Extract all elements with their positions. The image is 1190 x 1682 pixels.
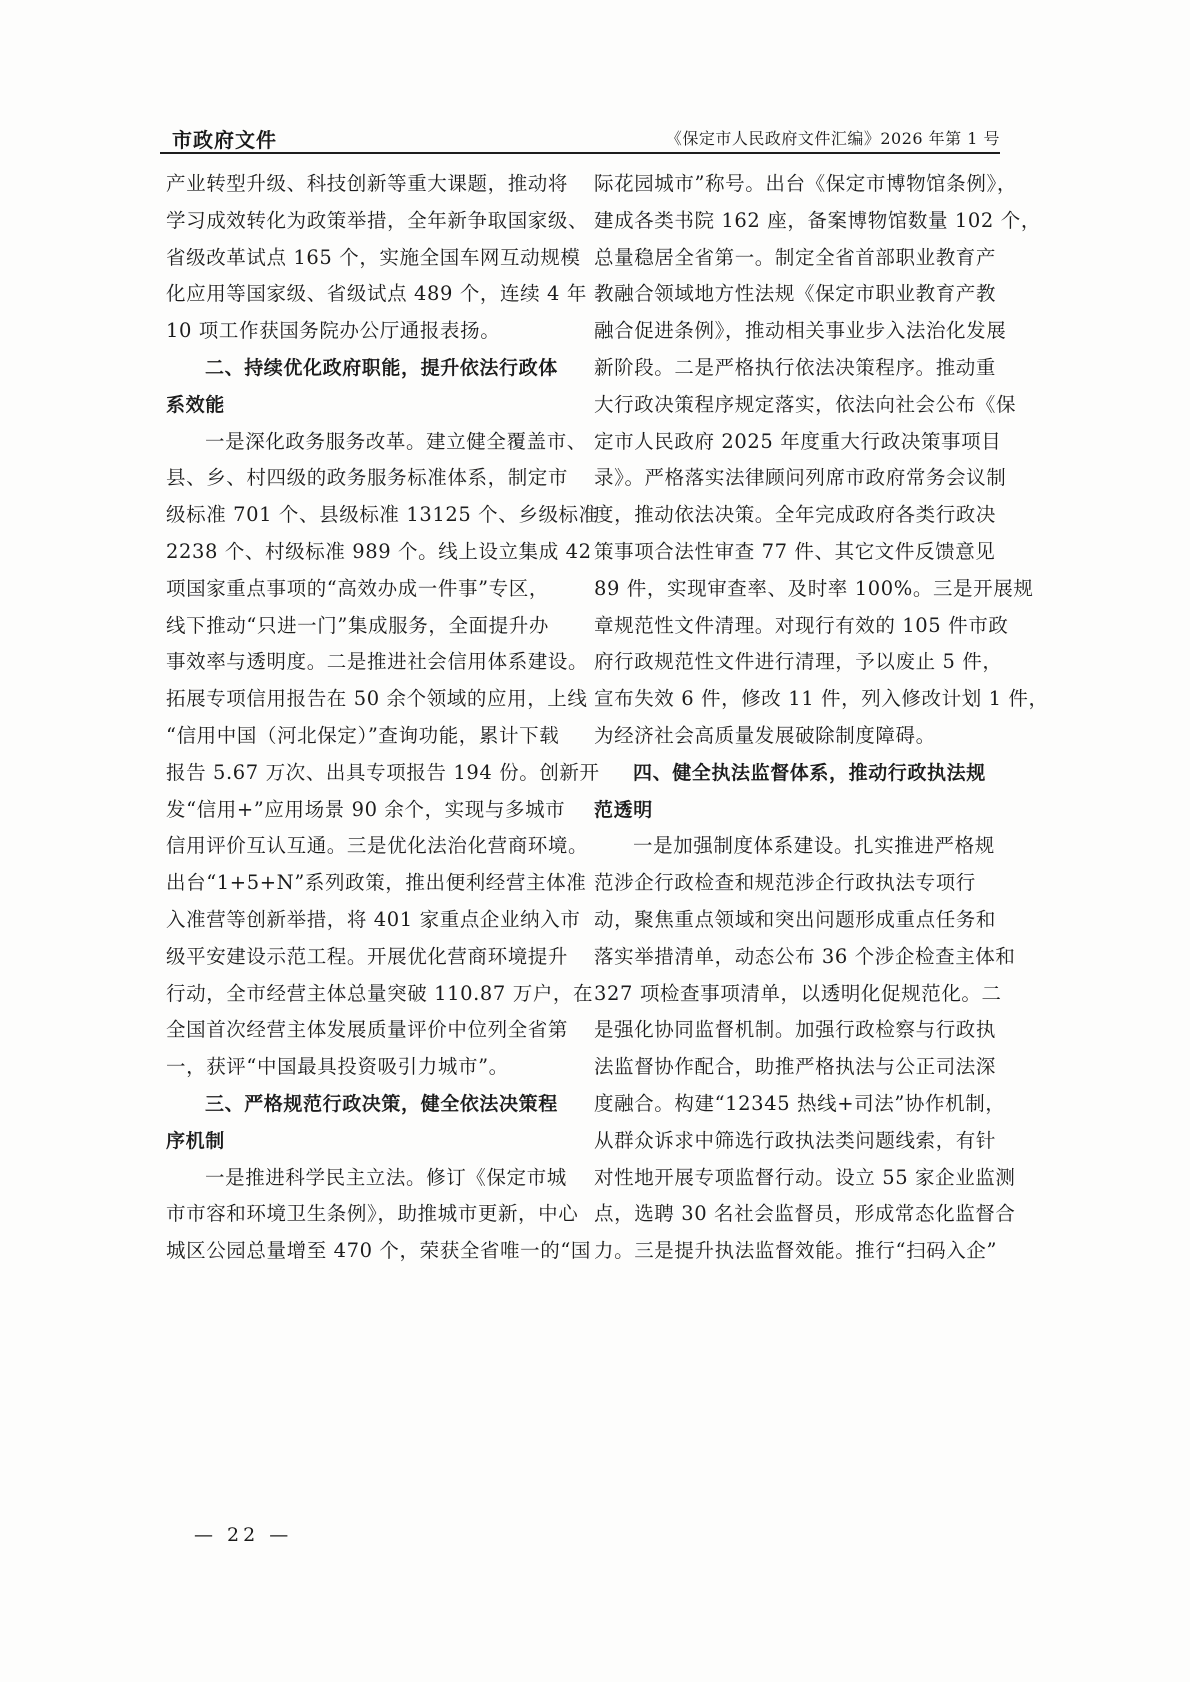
text-line: 总量稳居全省第一。制定全省首部职业教育产	[594, 240, 990, 277]
text-line: 2238 个、村级标准 989 个。线上设立集成 42	[166, 534, 564, 571]
section-heading-line: 序机制	[166, 1123, 564, 1160]
text-line: 县、乡、村四级的政务服务标准体系，制定市	[166, 460, 564, 497]
section-heading-line: 范透明	[594, 792, 990, 829]
text-line: 是强化协同监督机制。加强行政检察与行政执	[594, 1012, 990, 1049]
left-column: 产业转型升级、科技创新等重大课题，推动将学习成效转化为政策举措，全年新争取国家级…	[166, 166, 564, 1270]
text-line: 大行政决策程序规定落实，依法向社会公布《保	[594, 387, 990, 424]
text-line: 级平安建设示范工程。开展优化营商环境提升	[166, 939, 564, 976]
text-line: 融合促进条例》，推动相关事业步入法治化发展	[594, 313, 990, 350]
text-line: 度融合。构建“12345 热线+司法”协作机制，	[594, 1086, 990, 1123]
text-line: 事效率与透明度。二是推进社会信用体系建设。	[166, 644, 564, 681]
paragraph-first-line: 一是加强制度体系建设。扎实推进严格规	[594, 828, 990, 865]
text-line: 线下推动“只进一门”集成服务，全面提升办	[166, 608, 564, 645]
paragraph-first-line: 一是推进科学民主立法。修订《保定市城	[166, 1160, 564, 1197]
text-line: 动，聚焦重点领域和突出问题形成重点任务和	[594, 902, 990, 939]
text-line: 入准营等创新举措，将 401 家重点企业纳入市	[166, 902, 564, 939]
text-line: 范涉企行政检查和规范涉企行政执法专项行	[594, 865, 990, 902]
text-line: 10 项工作获国务院办公厅通报表扬。	[166, 313, 564, 350]
section-heading-line: 二、持续优化政府职能，提升依法行政体	[166, 350, 564, 387]
text-line: 建成各类书院 162 座，备案博物馆数量 102 个，	[594, 203, 990, 240]
text-line: 策事项合法性审查 77 件、其它文件反馈意见	[594, 534, 990, 571]
text-line: 化应用等国家级、省级试点 489 个，连续 4 年	[166, 276, 564, 313]
text-line: 行动，全市经营主体总量突破 110.87 万户，在	[166, 976, 564, 1013]
text-line: 宣布失效 6 件，修改 11 件，列入修改计划 1 件，	[594, 681, 990, 718]
text-line: 落实举措清单，动态公布 36 个涉企检查主体和	[594, 939, 990, 976]
text-line: 级标准 701 个、县级标准 13125 个、乡级标准	[166, 497, 564, 534]
text-line: 教融合领域地方性法规《保定市职业教育产教	[594, 276, 990, 313]
text-line: 新阶段。二是严格执行依法决策程序。推动重	[594, 350, 990, 387]
text-line: 信用评价互认互通。三是优化法治化营商环境。	[166, 828, 564, 865]
page-header: 市政府文件 《保定市人民政府文件汇编》2026 年第 1 号	[168, 118, 1000, 148]
text-line: 市市容和环境卫生条例》，助推城市更新，中心	[166, 1196, 564, 1233]
document-page: 市政府文件 《保定市人民政府文件汇编》2026 年第 1 号 产业转型升级、科技…	[0, 0, 1190, 1682]
text-line: 定市人民政府 2025 年度重大行政决策事项目	[594, 424, 990, 461]
section-label: 市政府文件	[172, 124, 277, 153]
text-line: 点，选聘 30 名社会监督员，形成常态化监督合	[594, 1196, 990, 1233]
text-line: 法监督协作配合，助推严格执法与公正司法深	[594, 1049, 990, 1086]
text-line: “信用中国（河北保定）”查询功能，累计下载	[166, 718, 564, 755]
text-line: 城区公园总量增至 470 个，荣获全省唯一的“国	[166, 1233, 564, 1270]
header-divider	[160, 152, 1000, 154]
text-line: 为经济社会高质量发展破除制度障碍。	[594, 718, 990, 755]
text-line: 报告 5.67 万次、出具专项报告 194 份。创新开	[166, 755, 564, 792]
text-line: 际花园城市”称号。出台《保定市博物馆条例》，	[594, 166, 990, 203]
text-line: 从群众诉求中筛选行政执法类问题线索，有针	[594, 1123, 990, 1160]
text-line: 327 项检查事项清单，以透明化促规范化。二	[594, 976, 990, 1013]
section-heading-line: 三、严格规范行政决策，健全依法决策程	[166, 1086, 564, 1123]
text-line: 对性地开展专项监督行动。设立 55 家企业监测	[594, 1160, 990, 1197]
text-line: 产业转型升级、科技创新等重大课题，推动将	[166, 166, 564, 203]
text-line: 度，推动依法决策。全年完成政府各类行政决	[594, 497, 990, 534]
text-line: 项国家重点事项的“高效办成一件事”专区，	[166, 571, 564, 608]
publication-title: 《保定市人民政府文件汇编》2026 年第 1 号	[666, 126, 1000, 149]
section-heading-line: 四、健全执法监督体系，推动行政执法规	[594, 755, 990, 792]
right-column: 际花园城市”称号。出台《保定市博物馆条例》，建成各类书院 162 座，备案博物馆…	[594, 166, 990, 1270]
text-line: 府行政规范性文件进行清理，予以废止 5 件，	[594, 644, 990, 681]
section-heading-line: 系效能	[166, 387, 564, 424]
text-line: 一，获评“中国最具投资吸引力城市”。	[166, 1049, 564, 1086]
text-line: 拓展专项信用报告在 50 余个领域的应用，上线	[166, 681, 564, 718]
text-line: 89 件，实现审查率、及时率 100%。三是开展规	[594, 571, 990, 608]
text-line: 省级改革试点 165 个，实施全国车网互动规模	[166, 240, 564, 277]
paragraph-first-line: 一是深化政务服务改革。建立健全覆盖市、	[166, 424, 564, 461]
text-line: 章规范性文件清理。对现行有效的 105 件市政	[594, 608, 990, 645]
text-line: 出台“1+5+N”系列政策，推出便利经营主体准	[166, 865, 564, 902]
text-line: 学习成效转化为政策举措，全年新争取国家级、	[166, 203, 564, 240]
text-line: 发“信用+”应用场景 90 余个，实现与多城市	[166, 792, 564, 829]
text-line: 全国首次经营主体发展质量评价中位列全省第	[166, 1012, 564, 1049]
page-number: — 22 —	[194, 1524, 292, 1546]
text-line: 力。三是提升执法监督效能。推行“扫码入企”	[594, 1233, 990, 1270]
text-line: 录》。严格落实法律顾问列席市政府常务会议制	[594, 460, 990, 497]
